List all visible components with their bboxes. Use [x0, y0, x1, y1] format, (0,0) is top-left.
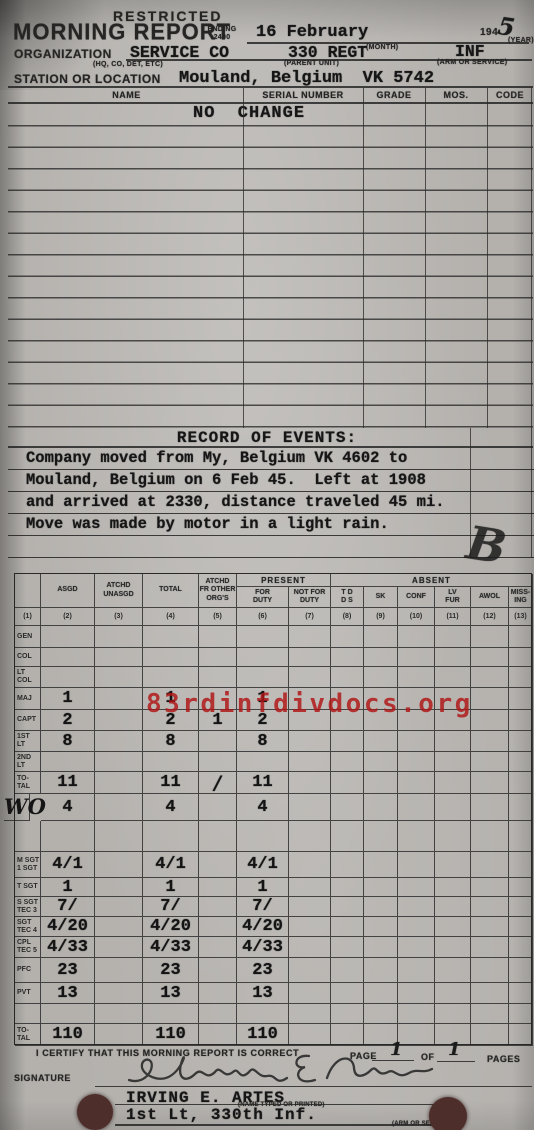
margin-handwritten-note: B — [463, 515, 510, 574]
stats-col-number: (9) — [364, 608, 398, 626]
stats-cell — [364, 1004, 398, 1024]
events-heading: RECORD OF EVENTS: — [0, 429, 534, 447]
stats-cell — [435, 731, 471, 752]
stats-cell — [237, 626, 289, 648]
stats-cell: 7/ — [41, 897, 95, 917]
parent-unit-sublabel: (PARENT UNIT) — [284, 60, 339, 67]
roster-ruled-lines — [8, 105, 533, 428]
stats-cell — [331, 667, 364, 688]
stats-cell — [199, 958, 237, 983]
stats-cell: 23 — [237, 958, 289, 983]
roster-col-code: CODE — [487, 90, 533, 100]
stats-cell — [435, 937, 471, 958]
stats-cell — [289, 752, 331, 772]
stats-cell: 8 — [41, 731, 95, 752]
stats-cell — [95, 772, 143, 794]
stats-cell — [509, 937, 533, 958]
stats-cell — [509, 710, 533, 731]
stats-cell: 4/20 — [41, 917, 95, 937]
stats-cell — [331, 731, 364, 752]
stats-cell — [199, 752, 237, 772]
stats-cell — [289, 917, 331, 937]
stats-cell — [289, 937, 331, 958]
stats-cell — [435, 917, 471, 937]
stats-cell — [199, 731, 237, 752]
stats-cell — [289, 821, 331, 852]
stats-cell — [331, 958, 364, 983]
stats-cell — [435, 752, 471, 772]
roster-col-grade: GRADE — [363, 90, 425, 100]
stats-cell — [398, 1004, 435, 1024]
stats-cell — [143, 752, 199, 772]
stats-cell — [199, 917, 237, 937]
stats-col-header — [15, 574, 41, 608]
events-line-4: Move was made by motor in a light rain. — [8, 513, 534, 536]
punch-hole-left — [77, 1094, 113, 1130]
stats-cell — [41, 626, 95, 648]
signature-scrawl — [125, 1046, 435, 1090]
stats-cell — [95, 897, 143, 917]
stats-cell — [331, 772, 364, 794]
stats-col-header: ATCHD UNASGD — [95, 574, 143, 608]
month-sublabel: (MONTH) — [366, 44, 398, 51]
stats-cell — [471, 983, 509, 1004]
stats-row-label: T SGT — [15, 878, 41, 897]
stats-cell — [364, 852, 398, 878]
stats-cell — [509, 772, 533, 794]
stats-cell — [143, 626, 199, 648]
stats-cell — [143, 648, 199, 667]
stats-cell — [435, 794, 471, 821]
stats-cell — [289, 794, 331, 821]
stats-col-number: (3) — [95, 608, 143, 626]
stats-col-header: AWOL — [471, 587, 509, 608]
stats-cell — [143, 821, 199, 852]
stats-cell — [364, 937, 398, 958]
stats-row-label: WO — [4, 794, 30, 821]
grade-organization-line: 1st Lt, 330th Inf. — [126, 1106, 317, 1124]
stats-row-label: CPL TEC 5 — [15, 937, 41, 958]
stats-cell: 11 — [41, 772, 95, 794]
stats-cell: 8 — [143, 731, 199, 752]
stats-cell — [289, 1024, 331, 1046]
stats-col-header: MISS- ING — [509, 587, 533, 608]
events-line-1: Company moved from My, Belgium VK 4602 t… — [8, 447, 534, 470]
stats-cell — [398, 897, 435, 917]
stats-cell: 13 — [143, 983, 199, 1004]
stats-cell — [435, 626, 471, 648]
stats-cell — [509, 917, 533, 937]
stats-cell — [95, 648, 143, 667]
stats-cell — [509, 648, 533, 667]
stats-cell — [95, 731, 143, 752]
stats-cell — [364, 983, 398, 1004]
punch-hole-right — [429, 1097, 467, 1130]
stats-cell — [289, 667, 331, 688]
stats-row-label: COL — [15, 648, 41, 667]
stats-cell: 4 — [143, 794, 199, 821]
pages-underline — [437, 1061, 475, 1062]
organization-label: ORGANIZATION — [14, 47, 112, 61]
arm-sublabel: (ARM OR SERVICE) — [437, 59, 507, 66]
stats-cell — [471, 897, 509, 917]
stats-cell — [289, 626, 331, 648]
stats-cell — [331, 821, 364, 852]
stats-cell — [95, 688, 143, 710]
stats-cell — [41, 648, 95, 667]
stats-col-number: (5) — [199, 608, 237, 626]
stats-cell — [398, 821, 435, 852]
stats-cell — [398, 626, 435, 648]
stats-cell — [509, 958, 533, 983]
stats-cell — [471, 917, 509, 937]
stats-cell — [95, 752, 143, 772]
stats-col-number: (4) — [143, 608, 199, 626]
stats-row-label — [15, 821, 41, 852]
stats-cell — [398, 878, 435, 897]
stats-cell — [95, 983, 143, 1004]
stats-cell — [471, 878, 509, 897]
stats-cell — [289, 852, 331, 878]
stats-col-header: NOT FOR DUTY — [289, 587, 331, 608]
stats-cell — [331, 1004, 364, 1024]
stats-cell — [364, 648, 398, 667]
stats-cell — [331, 1024, 364, 1046]
stats-cell — [509, 688, 533, 710]
stats-col-number: (8) — [331, 608, 364, 626]
stats-cell — [398, 772, 435, 794]
stats-cell: 1 — [41, 688, 95, 710]
stats-cell: 4/1 — [143, 852, 199, 878]
year-sublabel: (YEAR) — [508, 37, 534, 44]
stats-cell: 4/20 — [143, 917, 199, 937]
stats-cell — [199, 794, 237, 821]
stats-col-header: T D D S — [331, 587, 364, 608]
stats-cell — [509, 878, 533, 897]
stats-cell — [199, 1024, 237, 1046]
stats-cell — [509, 897, 533, 917]
stats-cell — [199, 983, 237, 1004]
stats-cell — [471, 937, 509, 958]
stats-cell — [331, 852, 364, 878]
signature-label: SIGNATURE — [14, 1073, 71, 1083]
stats-col-header: CONF — [398, 587, 435, 608]
stats-cell — [331, 752, 364, 772]
stats-col-number: (1) — [15, 608, 41, 626]
stats-cell — [95, 1004, 143, 1024]
stats-cell — [471, 752, 509, 772]
stats-col-header: ASGD — [41, 574, 95, 608]
stats-col-header: LV FUR — [435, 587, 471, 608]
stats-cell — [331, 626, 364, 648]
stats-cell — [398, 752, 435, 772]
stats-cell — [41, 667, 95, 688]
stats-cell — [471, 1004, 509, 1024]
events-line-2: Mouland, Belgium on 6 Feb 45. Left at 19… — [8, 469, 534, 492]
stats-cell: 11 — [237, 772, 289, 794]
morning-report-document: RESTRICTED MORNING REPORT ENDING 2400 16… — [0, 0, 534, 1130]
stats-cell — [364, 794, 398, 821]
stats-col-header: ATCHD FR OTHER ORG'S — [199, 574, 237, 608]
roster-col-mos: MOS. — [425, 90, 487, 100]
stats-cell — [364, 917, 398, 937]
stats-cell: 4/20 — [237, 917, 289, 937]
stats-cell: 23 — [143, 958, 199, 983]
stats-cell: 11 — [143, 772, 199, 794]
stats-cell — [199, 852, 237, 878]
stats-cell — [199, 1004, 237, 1024]
stats-cell — [199, 626, 237, 648]
stats-cell — [289, 983, 331, 1004]
stats-row-label: GEN — [15, 626, 41, 648]
stats-cell — [364, 821, 398, 852]
roster-col-serial: SERIAL NUMBER — [243, 90, 363, 100]
stats-row-label: PFC — [15, 958, 41, 983]
stats-row-label: MAJ — [15, 688, 41, 710]
stats-cell: 13 — [41, 983, 95, 1004]
strength-stats-table: PRESENTABSENT(1)ASGD(2)ATCHD UNASGD(3)TO… — [14, 573, 532, 1045]
stats-row-label: TO- TAL — [15, 1024, 41, 1046]
stats-col-number: (13) — [509, 608, 533, 626]
stats-cell — [398, 917, 435, 937]
stats-cell — [471, 1024, 509, 1046]
stats-cell: 4/33 — [237, 937, 289, 958]
roster-divider-grade — [363, 88, 364, 428]
stats-cell — [237, 648, 289, 667]
stats-cell — [398, 648, 435, 667]
stats-cell — [95, 917, 143, 937]
stats-cell — [95, 667, 143, 688]
stats-cell — [435, 821, 471, 852]
stats-cell — [143, 667, 199, 688]
stats-cell: 4/1 — [237, 852, 289, 878]
stats-cell: 23 — [41, 958, 95, 983]
stats-cell — [199, 937, 237, 958]
stats-cell: 110 — [41, 1024, 95, 1046]
stats-cell: 1 — [143, 878, 199, 897]
stats-col-header: TOTAL — [143, 574, 199, 608]
organization-sublabel: (HQ, CO, DET, ETC) — [93, 61, 163, 68]
events-line-3: and arrived at 2330, distance traveled 4… — [8, 491, 534, 514]
stats-cell — [199, 878, 237, 897]
stats-row-label: S SGT TEC 3 — [15, 897, 41, 917]
stats-cell — [435, 1004, 471, 1024]
stats-cell — [509, 852, 533, 878]
stats-cell — [199, 821, 237, 852]
stats-group-absent: ABSENT — [331, 574, 533, 587]
stats-row-label: TO- TAL — [15, 772, 41, 794]
date-value: 16 February — [256, 23, 368, 42]
stats-cell — [289, 897, 331, 917]
stats-cell — [471, 731, 509, 752]
stats-cell — [398, 731, 435, 752]
stats-cell: 2 — [41, 710, 95, 731]
events-blank-line — [8, 535, 534, 558]
stats-col-header: SK — [364, 587, 398, 608]
stats-cell — [289, 772, 331, 794]
roster-divider-serial — [243, 88, 244, 428]
report-title: MORNING REPORT — [13, 18, 231, 45]
stats-cell — [331, 917, 364, 937]
stats-cell — [435, 648, 471, 667]
stats-col-header: FOR DUTY — [237, 587, 289, 608]
stats-cell — [199, 897, 237, 917]
ending-time: 2400 — [214, 34, 231, 41]
stats-cell: 7/ — [143, 897, 199, 917]
stats-cell — [199, 648, 237, 667]
stats-cell — [398, 937, 435, 958]
stats-cell: 1 — [41, 878, 95, 897]
stats-row-label: M SGT 1 SGT — [15, 852, 41, 878]
stats-cell — [364, 772, 398, 794]
stats-cell — [41, 821, 95, 852]
stats-row-label: PVT — [15, 983, 41, 1004]
stats-cell — [331, 794, 364, 821]
stats-cell: 4/33 — [143, 937, 199, 958]
stats-col-number: (6) — [237, 608, 289, 626]
stats-row-label: LT COL — [15, 667, 41, 688]
stats-cell — [331, 897, 364, 917]
stats-cell — [95, 710, 143, 731]
roster-divider-code — [487, 88, 488, 428]
station-label: STATION OR LOCATION — [14, 72, 161, 86]
stats-cell — [364, 958, 398, 983]
stats-row-label: 1ST LT — [15, 731, 41, 752]
stats-col-number: (7) — [289, 608, 331, 626]
stats-group-present: PRESENT — [237, 574, 331, 587]
stats-cell — [364, 897, 398, 917]
stats-cell — [199, 667, 237, 688]
stats-cell — [398, 958, 435, 983]
stats-cell — [509, 667, 533, 688]
stats-cell: 8 — [237, 731, 289, 752]
stats-cell — [509, 1024, 533, 1046]
stats-cell — [41, 1004, 95, 1024]
stats-cell — [435, 958, 471, 983]
stats-cell — [435, 897, 471, 917]
stats-cell: 1 — [237, 878, 289, 897]
ending-label: ENDING — [207, 26, 236, 33]
stats-cell — [237, 1004, 289, 1024]
stats-cell — [471, 710, 509, 731]
stats-cell — [289, 731, 331, 752]
stats-cell — [289, 878, 331, 897]
stats-cell — [331, 878, 364, 897]
stats-cell — [237, 667, 289, 688]
stats-cell: 4/1 — [41, 852, 95, 878]
stats-cell — [509, 983, 533, 1004]
stats-cell: 110 — [143, 1024, 199, 1046]
stats-cell — [435, 983, 471, 1004]
stats-row-label: CAPT — [15, 710, 41, 731]
stats-cell — [471, 648, 509, 667]
stats-cell — [364, 667, 398, 688]
stats-cell — [398, 794, 435, 821]
ending-2400-label: ENDING 2400 — [201, 26, 243, 42]
stats-cell — [95, 821, 143, 852]
pages-total-value: 1 — [448, 1039, 461, 1060]
stats-cell — [509, 794, 533, 821]
stats-cell — [289, 958, 331, 983]
stats-cell: 13 — [237, 983, 289, 1004]
stats-cell — [509, 752, 533, 772]
stats-cell — [364, 626, 398, 648]
stats-cell — [471, 688, 509, 710]
stats-cell — [435, 772, 471, 794]
stats-row-label: 2ND LT — [15, 752, 41, 772]
watermark-text: 83rdinfdivdocs.org — [146, 689, 473, 719]
stats-cell: 4 — [237, 794, 289, 821]
stats-cell — [509, 626, 533, 648]
stats-row-label — [15, 1004, 41, 1024]
stats-cell — [509, 731, 533, 752]
stats-cell — [471, 794, 509, 821]
stats-cell — [237, 752, 289, 772]
stats-cell — [398, 1024, 435, 1046]
stats-cell: 7/ — [237, 897, 289, 917]
stats-cell — [364, 752, 398, 772]
pages-label: PAGES — [487, 1054, 520, 1064]
stats-col-number: (12) — [471, 608, 509, 626]
stats-cell — [95, 1024, 143, 1046]
stats-cell — [95, 626, 143, 648]
stats-cell — [289, 1004, 331, 1024]
stats-cell — [398, 983, 435, 1004]
stats-cell — [95, 794, 143, 821]
stats-cell — [331, 937, 364, 958]
stats-cell — [471, 852, 509, 878]
stats-cell — [471, 821, 509, 852]
stats-cell — [471, 667, 509, 688]
stats-cell: / — [199, 772, 237, 794]
stats-cell — [509, 821, 533, 852]
stats-cell — [364, 878, 398, 897]
stats-cell — [398, 667, 435, 688]
stats-cell — [95, 852, 143, 878]
roster-col-name: NAME — [10, 90, 243, 100]
stats-cell — [95, 878, 143, 897]
stats-cell — [471, 958, 509, 983]
station-underline — [8, 86, 533, 88]
stats-cell — [95, 937, 143, 958]
stats-cell — [289, 648, 331, 667]
stats-cell — [398, 852, 435, 878]
stats-col-number: (11) — [435, 608, 471, 626]
stats-cell — [331, 648, 364, 667]
stats-cell: 110 — [237, 1024, 289, 1046]
stats-cell — [143, 1004, 199, 1024]
stats-cell — [509, 1004, 533, 1024]
stats-cell — [435, 878, 471, 897]
stats-cell — [237, 821, 289, 852]
stats-row-label: SGT TEC 4 — [15, 917, 41, 937]
stats-cell: 4 — [41, 794, 95, 821]
stats-cell — [435, 852, 471, 878]
roster-divider-mos — [425, 88, 426, 428]
stats-col-number: (10) — [398, 608, 435, 626]
stats-cell — [471, 626, 509, 648]
stats-cell — [471, 772, 509, 794]
stats-cell: 4/33 — [41, 937, 95, 958]
stats-cell — [435, 667, 471, 688]
stats-cell — [364, 731, 398, 752]
stats-cell — [331, 983, 364, 1004]
stats-col-number: (2) — [41, 608, 95, 626]
stats-cell — [95, 958, 143, 983]
stats-cell — [41, 752, 95, 772]
